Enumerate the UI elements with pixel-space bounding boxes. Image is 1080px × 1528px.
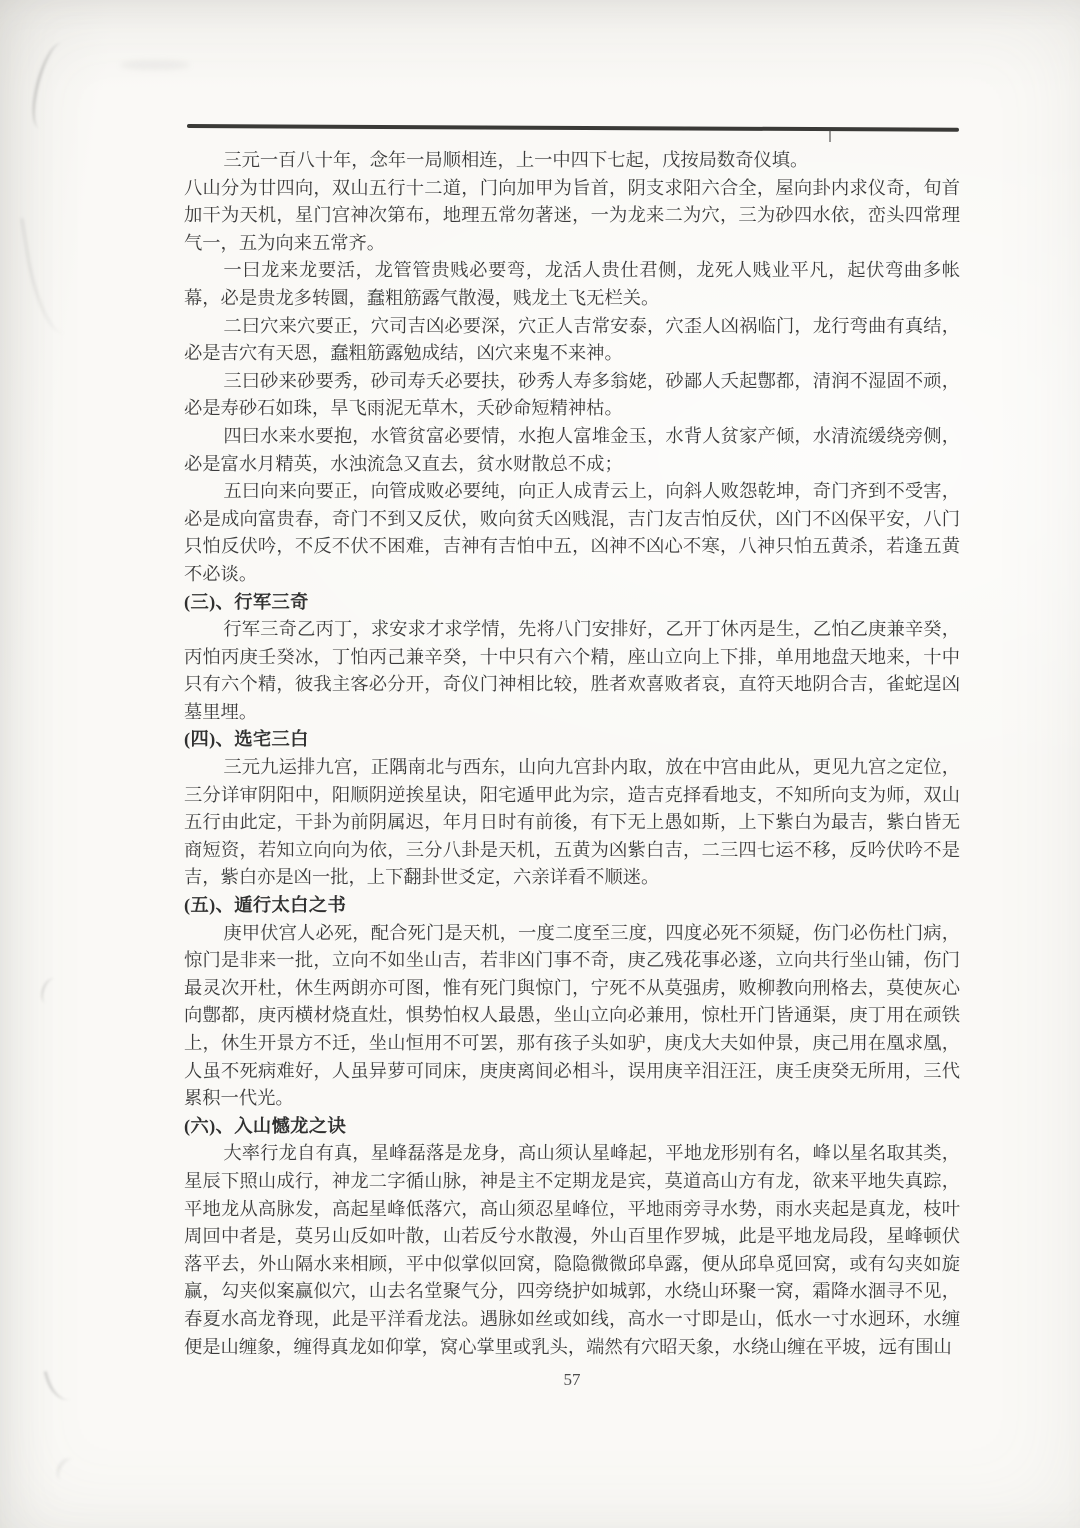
paragraph-house-three-white: 三元九运排九宫，正隅南北与西东，山向九宫卦内取，放在中宫由此从，更见九宫之定位，… [184,754,960,892]
paragraph-fourth-water: 四曰水来水要抱，水管贫富必要情，水抱人富堆金玉，水背人贫家产倾，水清流缓绕旁侧，… [184,423,960,478]
scan-smudge [44,1365,75,1404]
scan-smudge [53,1455,81,1485]
scan-smudge [38,976,62,1006]
paragraph-eight-mountains: 八山分为廿四向，双山五行十二道，门向加甲为旨首，阴支求阳六合全，屋向卦内求仪奇，… [184,175,960,258]
section-heading-3: (三)、行军三奇 [184,589,960,617]
section-heading-5: (五)、遁行太白之书 [184,892,960,920]
paragraph-intro-verse: 三元一百八十年，念年一局顺相连，上一中四下七起，戊按局数奇仪填。 [184,147,960,175]
scan-smudge [26,40,75,132]
scanned-book-page: 三元一百八十年，念年一局顺相连，上一中四下七起，戊按局数奇仪填。 八山分为廿四向… [0,0,1080,1528]
paragraph-second-cave: 二曰穴来穴要正，穴司吉凶必要深，穴正人吉常安泰，穴歪人凶祸临门，龙行弯曲有真结，… [184,313,960,368]
section-heading-4: (四)、选宅三白 [184,726,960,754]
paragraph-fifth-direction: 五曰向来向要正，向管成败必要纯，向正人成青云上，向斜人败怨乾坤，奇门齐到不受害，… [184,478,960,588]
paragraph-first-dragon: 一曰龙来龙要活，龙管管贵贱必要弯，龙活人贵仕君侧，龙死人贱业平凡，起伏弯曲多帐幕… [184,257,960,312]
scan-smudge [21,213,75,337]
paragraph-taibai-book: 庚甲伏宫人必死，配合死门是天机，一度二度至三度，四度必死不须疑，伤门必伤杜门病，… [184,920,960,1113]
paragraph-third-sand: 三曰砂来砂要秀，砂司寿夭必要扶，砂秀人寿多翁姥，砂鄙人夭起鄷都，清润不湿固不顽，… [184,368,960,423]
page-number: 57 [184,1370,960,1390]
scan-tick-mark [829,130,831,142]
document-body: 三元一百八十年，念年一局顺相连，上一中四下七起，戊按局数奇仪填。 八山分为廿四向… [184,147,960,1361]
scan-smudge [120,60,190,70]
paragraph-mountain-dragon: 大率行龙自有真，星峰磊落是龙身，高山须认星峰起，平地龙形别有名，峰以星名取其类，… [184,1140,960,1361]
paragraph-army-three-qi: 行军三奇乙丙丁，求安求才求学情，先将八门安排好，乙开丁休丙是生，乙怕乙庚兼辛癸，… [184,616,960,726]
header-rule [187,124,959,131]
section-heading-6: (六)、入山憾龙之诀 [184,1113,960,1141]
